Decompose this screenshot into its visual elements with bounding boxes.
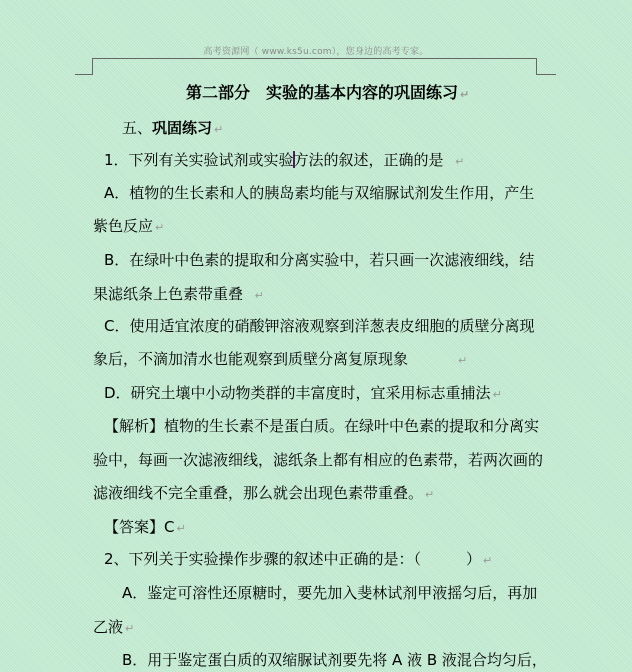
section-heading: 五、巩固练习↵ <box>122 118 223 140</box>
q2-option-a-line1: A．鉴定可溶性还原糖时，要先加入斐林试剂甲液摇匀后，再加 <box>122 583 537 603</box>
q1-option-b-line2: 果滤纸条上色素带重叠 ↵ <box>93 284 264 306</box>
q1-option-c-line2: 象后，不滴加清水也能观察到质壁分离复原现象↵ <box>93 349 467 371</box>
q1-option-d: D．研究土壤中小动物类群的丰富度时，宜采用标志重捕法↵ <box>104 383 502 405</box>
page-header-text: 高考资源网（ www.ks5u.com），您身边的高考专家。 <box>0 44 632 57</box>
header-rule-right-stub <box>536 74 556 75</box>
q2-option-b-line1: B．用于鉴定蛋白质的双缩脲试剂要先将 A 液 B 液混合均匀后， <box>122 650 547 670</box>
header-rule-top <box>92 58 537 59</box>
q1-option-a-line1: A．植物的生长素和人的胰岛素均能与双缩脲试剂发生作用，产生 <box>104 183 534 203</box>
q1-analysis-line2: 验中，每画一次滤液细线，滤纸条上都有相应的色素带，若两次画的 <box>93 450 543 470</box>
header-rule-left-stub <box>75 74 93 75</box>
question-1-stem: 1．下列有关实验试剂或实验方法的叙述，正确的是 ↵ <box>104 150 464 172</box>
q1-option-c-line1: C．使用适宜浓度的硝酸钾溶液观察到洋葱表皮细胞的质壁分离现 <box>104 316 534 336</box>
paragraph-mark: ↵ <box>460 88 469 101</box>
question-2-stem: 2、下列关于实验操作步骤的叙述中正确的是：（ ）↵ <box>104 549 492 571</box>
header-rule-left-vertical <box>92 58 93 75</box>
q1-analysis-line1: 【解析】植物的生长素不是蛋白质。在绿叶中色素的提取和分离实 <box>104 416 539 436</box>
q1-option-b-line1: B．在绿叶中色素的提取和分离实验中，若只画一次滤液细线，结 <box>104 250 534 270</box>
q1-analysis-line3: 滤液细线不完全重叠，那么就会出现色素带重叠。↵ <box>93 483 434 505</box>
q2-option-a-line2: 乙液↵ <box>93 617 134 639</box>
q1-option-a-line2: 紫色反应↵ <box>93 216 164 238</box>
document-title: 第二部分 实验的基本内容的巩固练习↵ <box>186 83 469 105</box>
header-rule-right-vertical <box>536 58 537 75</box>
q1-answer: 【答案】C↵ <box>104 517 186 539</box>
